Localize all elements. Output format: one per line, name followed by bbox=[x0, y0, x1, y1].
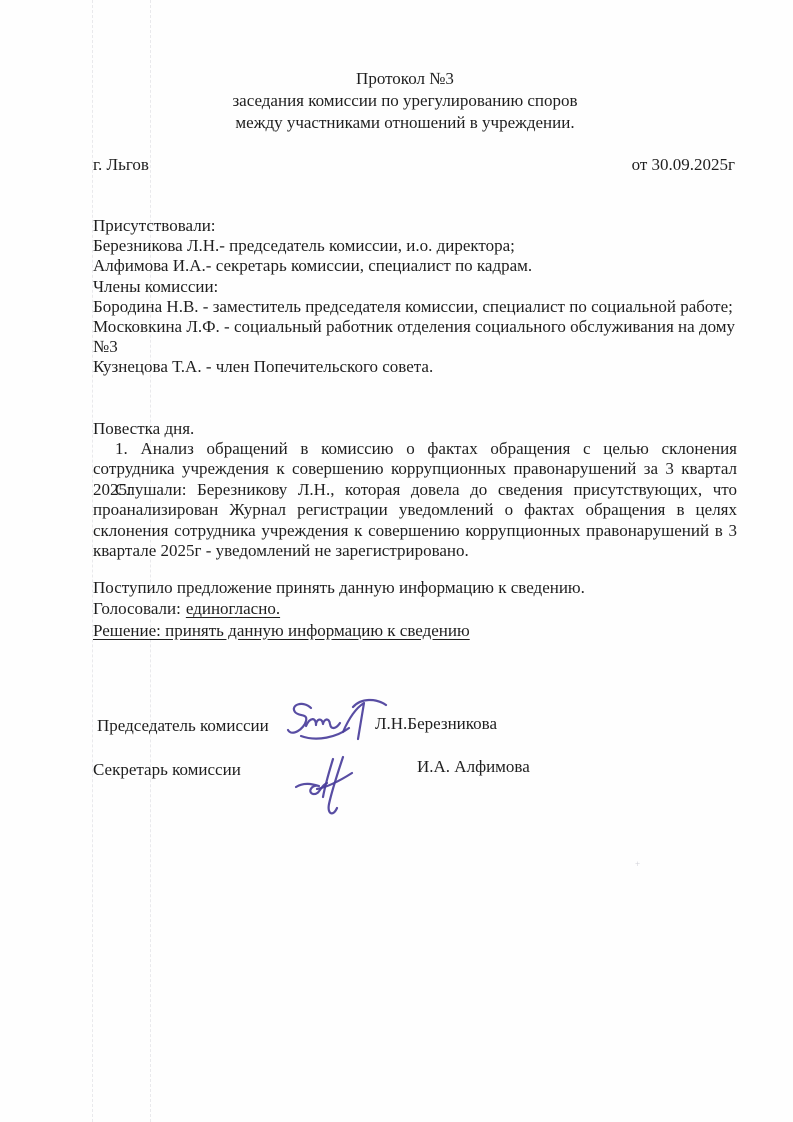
attendee-line: Алфимова И.А.- секретарь комиссии, специ… bbox=[93, 256, 738, 276]
proposal-line: Поступило предложение принять данную инф… bbox=[93, 577, 738, 598]
agenda-heading: Повестка дня. bbox=[93, 419, 738, 439]
secretary-role-label: Секретарь комиссии bbox=[93, 760, 241, 780]
attendee-line: Кузнецова Т.А. - член Попечительского со… bbox=[93, 357, 738, 377]
protocol-document-page: + Протокол №3 заседания комиссии по урег… bbox=[0, 0, 793, 1122]
attendees-heading: Присутствовали: bbox=[93, 216, 738, 236]
decision-line: Решение: принять данную информацию к све… bbox=[93, 620, 738, 641]
attendees-members-heading: Члены комиссии: bbox=[93, 277, 738, 297]
attendee-line: Бородина Н.В. - заместитель председателя… bbox=[93, 297, 738, 317]
attendee-line: Березникова Л.Н.- председатель комиссии,… bbox=[93, 236, 738, 256]
secretary-name: И.А. Алфимова bbox=[417, 757, 530, 777]
document-title: Протокол №3 заседания комиссии по урегул… bbox=[80, 68, 730, 134]
title-line-1: Протокол №3 bbox=[80, 68, 730, 90]
voting-result: единогласно. bbox=[186, 599, 280, 618]
heard-paragraph: Слушали: Березникову Л.Н., которая довел… bbox=[93, 480, 737, 561]
voting-label: Голосовали: bbox=[93, 599, 181, 618]
voting-line: Голосовали:единогласно. bbox=[93, 598, 738, 619]
secretary-signature-ink bbox=[292, 752, 367, 824]
resolution-section: Поступило предложение принять данную инф… bbox=[93, 577, 738, 641]
attendees-section: Присутствовали: Березникова Л.Н.- предсе… bbox=[93, 216, 738, 378]
chairman-role-label: Председатель комиссии bbox=[97, 716, 269, 736]
chairman-name: Л.Н.Березникова bbox=[375, 714, 497, 734]
scan-speck: + bbox=[635, 862, 639, 866]
document-place: г. Льгов bbox=[93, 155, 149, 175]
title-line-3: между участниками отношений в учреждении… bbox=[80, 112, 730, 134]
title-line-2: заседания комиссии по урегулированию спо… bbox=[80, 90, 730, 112]
document-date: от 30.09.2025г bbox=[632, 155, 735, 175]
attendee-line: Московкина Л.Ф. - социальный работник от… bbox=[93, 317, 738, 357]
place-date-row: г. Льгов от 30.09.2025г bbox=[93, 155, 735, 175]
